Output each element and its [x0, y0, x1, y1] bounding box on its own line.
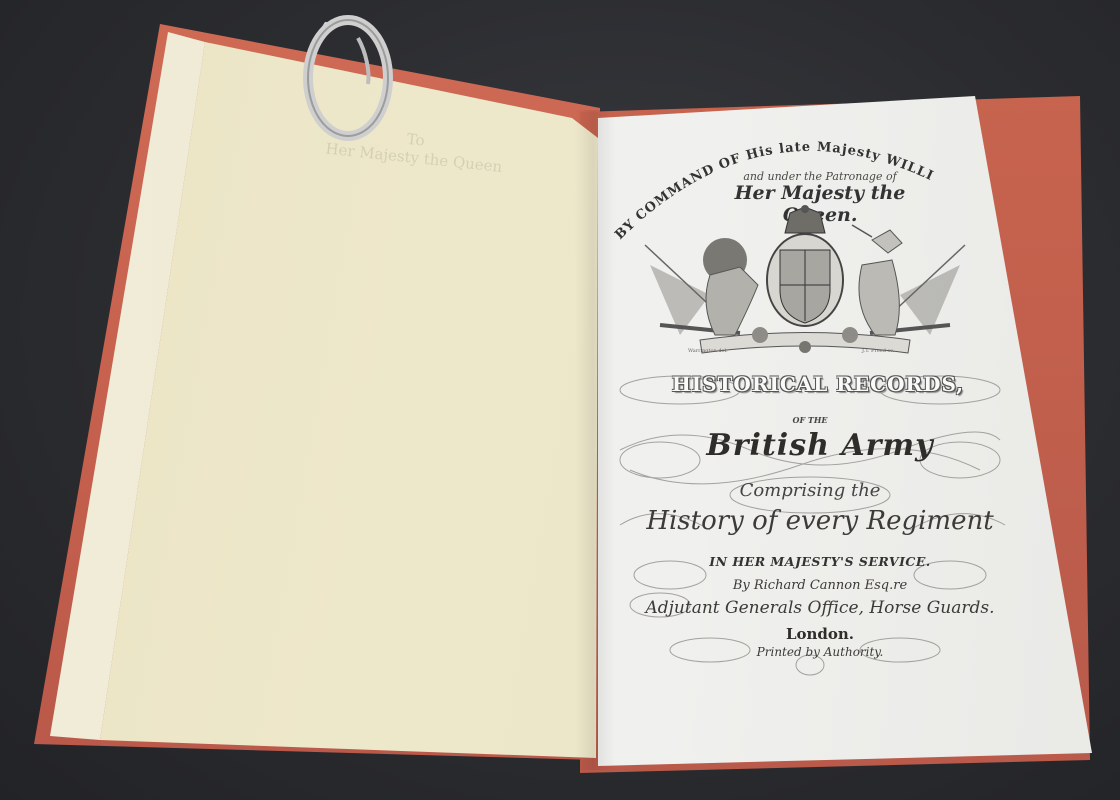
office-line: Adjutant Generals Office, Horse Guards. — [620, 598, 1020, 618]
british-army-title: British Army — [640, 428, 1000, 463]
london-line: London. — [730, 625, 910, 643]
left-page-show-through: To Her Majesty the Queen — [284, 120, 516, 459]
bookmark-clip-icon — [298, 12, 398, 152]
history-line: History of every Regiment — [610, 506, 1030, 536]
royal-coat-of-arms-icon — [640, 205, 970, 360]
service-line: IN HER MAJESTY'S SERVICE. — [630, 554, 1010, 569]
engraver-credit-left: Warrington del. — [688, 348, 728, 354]
printed-line: Printed by Authority. — [710, 645, 930, 659]
comprising-line: Comprising the — [690, 480, 930, 501]
of-the-line: OF THE — [730, 415, 890, 425]
title-page-content: BY COMMAND OF His late Majesty WILLIAM T… — [600, 110, 1020, 770]
author-line: By Richard Cannon Esq.re — [660, 578, 980, 593]
engraver-credit-right: J.T. Freed sc. — [862, 348, 895, 354]
book-photo: To Her Majesty the Queen BY COMMAND OF H… — [0, 0, 1120, 800]
title-heading: HISTORICAL RECORDS, — [638, 372, 998, 396]
